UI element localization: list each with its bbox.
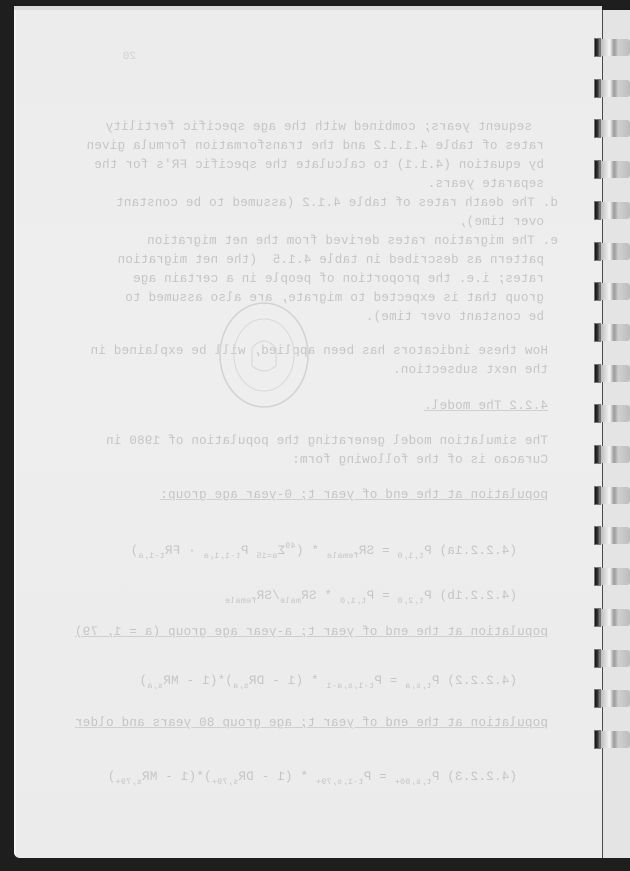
text-line: The simulation model generating the popu… <box>106 434 548 448</box>
equation-4223: (4.2.2.3) Pt,s,80+ = Pt-1,s,79+ * (1 - D… <box>108 756 548 801</box>
text-line: be constant over time). <box>366 310 544 324</box>
text-line: rates; i.e. the proportion of people in … <box>133 272 544 286</box>
text-line: e. The migration rates derived from the … <box>147 234 558 248</box>
equation-4221a: (4.2.2.1a) Pt,1,0 = SRfemale * (49Σa=15 … <box>130 527 548 575</box>
equation-4221b: (4.2.2.1b) Pt,2,0 = Pt,1,0 * SRmale/SRfe… <box>225 575 548 620</box>
page-number: 20 <box>123 51 136 63</box>
text-line: pattern as described in table 4.1.5 (the… <box>117 253 544 267</box>
text-line: by equation (4.1.1) to calculate the spe… <box>94 158 544 172</box>
subheading-a-year: population at the end of year t; a-year … <box>75 625 548 639</box>
bleed-through-text: 20 sequent years; combined with the age … <box>0 0 630 871</box>
text-line: group that is expected to migrate, are a… <box>125 291 544 305</box>
subheading-0-year: population at the end of year t; 0-year … <box>160 488 548 502</box>
text-line: over time), <box>459 215 544 229</box>
text-line: separate years. <box>428 177 544 191</box>
text-line: Curacao is of the following form: <box>292 453 548 467</box>
subheading-80-plus: population at the end of year t; age gro… <box>75 716 548 730</box>
equation-4222: (4.2.2.2) Pt,s,a = Pt-1,s,a-1 * (1 - DRs… <box>139 660 548 705</box>
section-heading: 4.2.2 The model. <box>424 399 548 413</box>
official-stamp <box>218 300 310 410</box>
text-line: rates of table 4.1.1.2 and the transform… <box>86 139 544 153</box>
text-line: d. The death rates of table 4.1.2 (assum… <box>116 196 558 210</box>
text-line: sequent years; combined with the age spe… <box>105 120 532 134</box>
text-line: How these indicators has been applied, w… <box>90 344 548 358</box>
text-line: the next subsection. <box>393 363 548 377</box>
